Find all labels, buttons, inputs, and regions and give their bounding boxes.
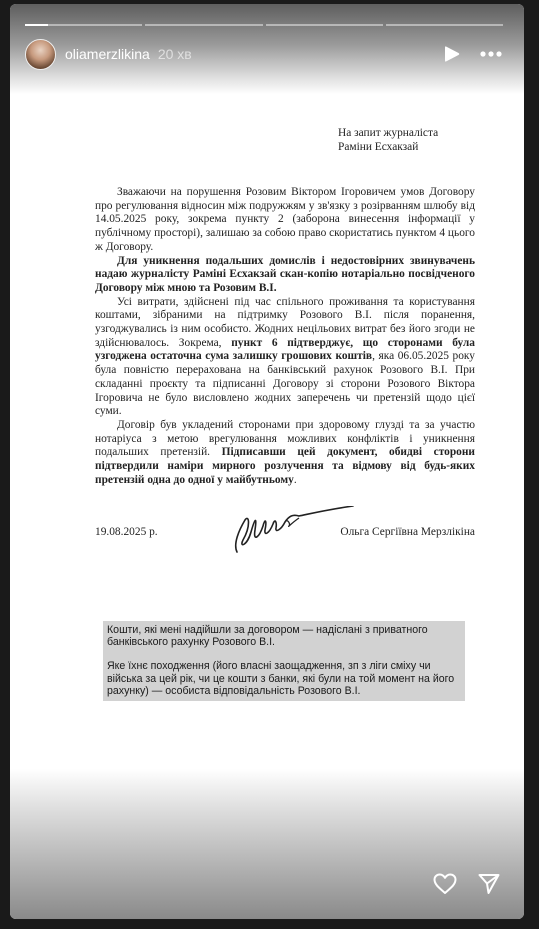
note-line-1: Кошти, які мені надійшли за договором — … (107, 624, 461, 648)
paragraph-4: Договір був укладений сторонами при здор… (95, 419, 475, 488)
paragraph-2-bold: Для уникнення подальших домислів і недос… (95, 255, 475, 294)
progress-segment-1 (25, 24, 142, 26)
story-header: oliamerzlikina 20 хв (25, 38, 504, 70)
play-icon (444, 45, 460, 63)
paragraph-2: Для уникнення подальших домислів і недос… (95, 255, 475, 296)
addressee-line-1: На запит журналіста (338, 127, 438, 141)
story-actions (432, 871, 502, 897)
document-date: 19.08.2025 р. (95, 526, 158, 540)
text-overlay-note: Кошти, які мені надійшли за договором — … (103, 621, 465, 701)
heart-icon (433, 873, 457, 895)
progress-segment-4 (386, 24, 503, 26)
story-viewer[interactable]: На запит журналіста Раміни Есхакзай Зваж… (10, 4, 524, 919)
username[interactable]: oliamerzlikina (65, 46, 150, 62)
send-icon (478, 873, 500, 895)
paragraph-3: Усі витрати, здійснені під час спільного… (95, 296, 475, 419)
story-progress-bar (25, 24, 503, 26)
more-options-button[interactable] (478, 42, 504, 66)
paragraph-4-end: . (294, 474, 297, 486)
signature-row: 19.08.2025 р. Ольга Сергіївна Мерзлікіна (95, 520, 475, 560)
play-button[interactable] (440, 42, 464, 66)
paragraph-1: Зважаючи на порушення Розовим Віктором І… (95, 186, 475, 255)
addressee: На запит журналіста Раміни Есхакзай (338, 127, 438, 154)
progress-segment-2 (145, 24, 262, 26)
time-ago: 20 хв (158, 46, 192, 62)
avatar[interactable] (25, 39, 56, 70)
note-line-2: Яке їхнє походження (його власні заощадж… (107, 660, 461, 697)
signer-name: Ольга Сергіївна Мерзлікіна (340, 526, 475, 540)
like-button[interactable] (432, 871, 458, 897)
more-horizontal-icon (480, 51, 502, 57)
document-body: Зважаючи на порушення Розовим Віктором І… (95, 186, 475, 487)
share-button[interactable] (476, 871, 502, 897)
progress-segment-3 (266, 24, 383, 26)
addressee-line-2: Раміни Есхакзай (338, 141, 438, 155)
